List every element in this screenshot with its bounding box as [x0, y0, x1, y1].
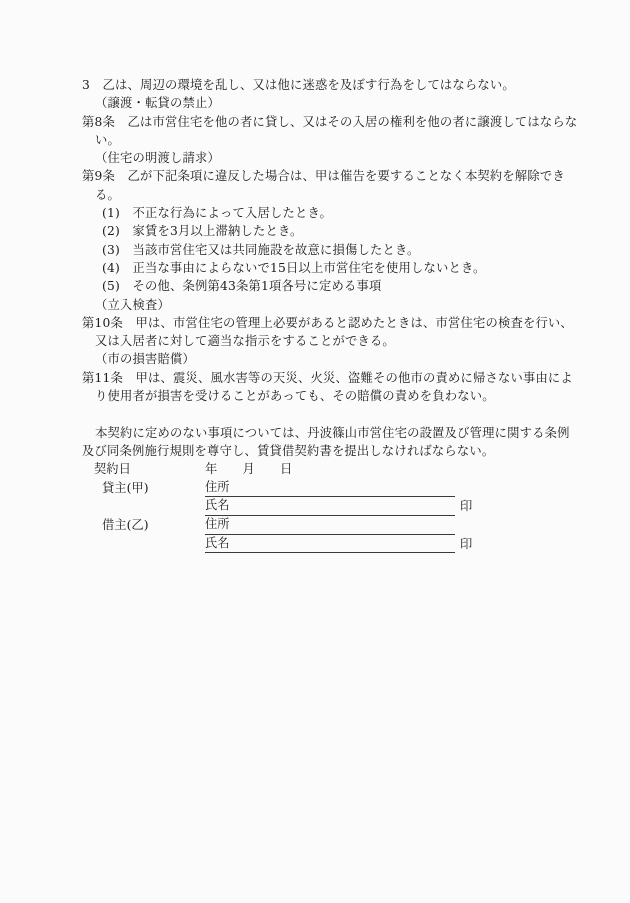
contract-date-placeholder: 年 月 日	[205, 460, 292, 479]
name-label: 氏名	[205, 498, 230, 512]
document-line: (3) 当該市営住宅又は共同施設を故意に損傷したとき。	[82, 241, 630, 259]
lessor-address-row: 貸主(甲) 住所	[82, 479, 630, 498]
document-line: 第9条 乙が下記条項に違反した場合は、甲は催告を要することなく本契約を解除でき	[82, 167, 630, 185]
document-line: （市の損害賠償）	[82, 350, 630, 368]
document-body: 3 乙は、周辺の環境を乱し、又は他に迷惑を及ぼす行為をしてはならない。（譲渡・転…	[0, 0, 630, 460]
document-line: (5) その他、条例第43条第1項各号に定める事項	[82, 277, 630, 295]
lessor-address-field: 住所	[205, 478, 455, 498]
lessee-address-field: 住所	[205, 515, 455, 535]
document-line: 第10条 甲は、市営住宅の管理上必要があると認めたときは、市営住宅の検査を行い、	[82, 314, 630, 332]
address-label: 住所	[205, 480, 230, 494]
name-label: 氏名	[205, 536, 230, 550]
document-line: 第8条 乙は市営住宅を他の者に貸し、又はその入居の権利を他の者に譲渡してはならな	[82, 113, 630, 131]
lessor-name-row: 氏名 印	[82, 497, 630, 516]
signature-block: 契約日 年 月 日 貸主(甲) 住所 氏名 印 借主(乙) 住所 氏名	[0, 460, 630, 553]
document-line: 又は入居者に対して適当な指示をすることができる。	[82, 332, 630, 350]
document-line: 3 乙は、周辺の環境を乱し、又は他に迷惑を及ぼす行為をしてはならない。	[82, 76, 630, 94]
lessor-name-field: 氏名	[205, 496, 455, 516]
lessor-seal-label: 印	[460, 497, 472, 516]
document-line: る。	[82, 186, 630, 204]
lessee-name-field: 氏名	[205, 534, 455, 554]
lessor-label: 貸主(甲)	[82, 479, 205, 498]
document-line: い。	[82, 131, 630, 149]
lessee-label: 借主(乙)	[82, 516, 205, 535]
document-line: (4) 正当な事由によらないで15日以上市営住宅を使用しないとき。	[82, 259, 630, 277]
lessee-address-row: 借主(乙) 住所	[82, 516, 630, 535]
document-line: （立入検査）	[82, 296, 630, 314]
contract-document-page: 3 乙は、周辺の環境を乱し、又は他に迷惑を及ぼす行為をしてはならない。（譲渡・転…	[0, 0, 630, 903]
document-line: 第11条 甲は、震災、風水害等の天災、火災、盗難その他市の責めに帰さない事由によ	[82, 369, 630, 387]
document-line: 及び同条例施行規則を尊守し、賃貸借契約書を提出しなければならない。	[82, 442, 630, 460]
contract-date-row: 契約日 年 月 日	[82, 460, 630, 479]
lessee-seal-label: 印	[460, 535, 472, 554]
document-line: (1) 不正な行為によって入居したとき。	[82, 204, 630, 222]
document-line: り使用者が損害を受けることがあっても、その賠償の責めを負わない。	[82, 387, 630, 405]
document-line: (2) 家賃を3月以上滞納したとき。	[82, 222, 630, 240]
address-label: 住所	[205, 517, 230, 531]
document-line	[82, 405, 630, 423]
contract-date-label: 契約日	[82, 460, 205, 479]
document-line: （住宅の明渡し請求）	[82, 149, 630, 167]
document-line: 本契約に定めのない事項については、丹波篠山市営住宅の設置及び管理に関する条例	[82, 424, 630, 442]
document-line: （譲渡・転貸の禁止）	[82, 94, 630, 112]
lessee-name-row: 氏名 印	[82, 535, 630, 554]
